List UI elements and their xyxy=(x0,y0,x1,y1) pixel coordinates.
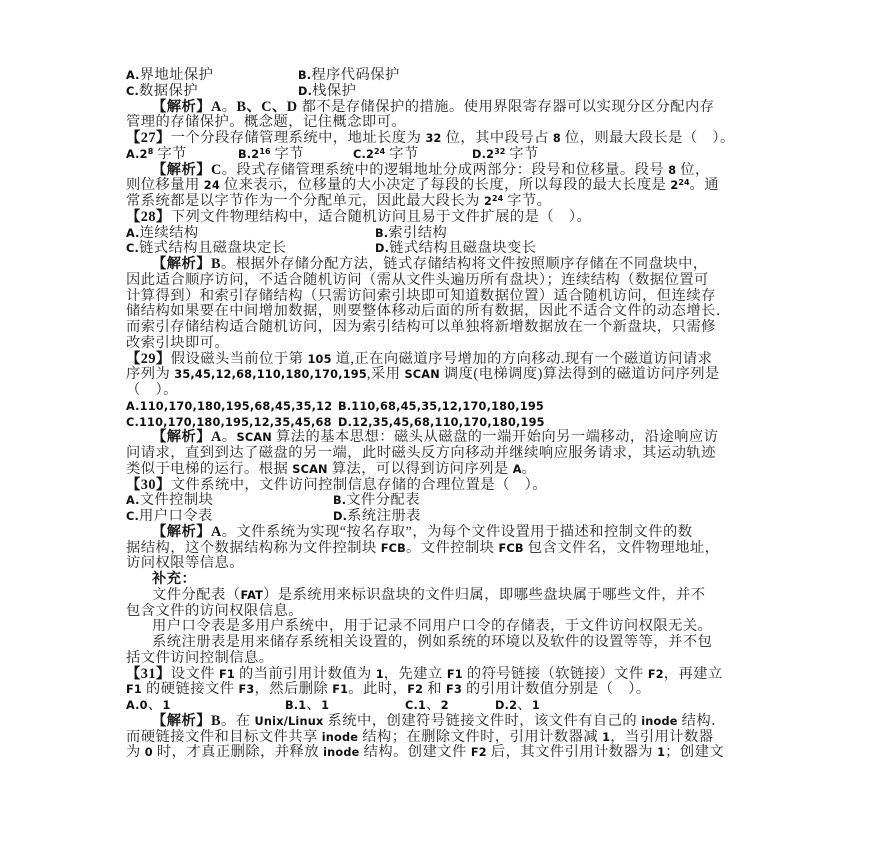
text-line: 问请求，直到到达了磁盘的另一端，此时磁头反方向移动并继续响应服务请求，其运动轨迹 xyxy=(126,445,758,461)
text-run: C.链式结构且磁盘块定长 xyxy=(126,240,286,257)
document-page: A.界地址保护B.程序代码保护C.数据保护D.栈保护【解析】A。B、C、D 都不… xyxy=(0,0,870,842)
text-line: 【解析】A。B、C、D 都不是存储保护的措施。使用界限寄存器可以实现分区分配内存 xyxy=(126,99,758,115)
text-line: 为 0 时，才真正删除，并释放 inode 结构。创建文件 F2 后，其文件引用… xyxy=(126,744,758,760)
text-run: A.0、1 xyxy=(126,697,171,714)
text-run: 【解析】B。根据外存储分配方法，链式存储结构将文件按照顺序存储在不同盘块中， xyxy=(152,256,708,273)
text-line: C.数据保护D.栈保护 xyxy=(126,83,758,99)
text-run: 储结构如果要在中间增加数据，则要整体移动后面的所有数据，因此不适合文件的动态增长… xyxy=(126,303,731,320)
option-column: C.1、2 xyxy=(405,697,449,714)
text-line: 括文件访问控制信息。 xyxy=(126,650,758,666)
text-run: A.文件控制块 xyxy=(126,492,213,509)
text-run: 用户口令表是多用户系统中，用于记录不同用户口令的存储表，于文件访问权限无关。 xyxy=(152,618,712,635)
text-line: 【31】设文件 F1 的当前引用计数值为 1，先建立 F1 的符号链接（软链接）… xyxy=(126,666,758,682)
option-column: B.文件分配表 xyxy=(333,492,420,509)
text-line: 包含文件的访问权限信息。 xyxy=(126,603,758,619)
text-run: 【解析】A。文件系统为实现“按名存取”，为每个文件设置用于描述和控制文件的数 xyxy=(152,524,693,541)
text-line: F1 的硬链接文件 F3，然后删除 F1。此时，F2 和 F3 的引用计数值分别… xyxy=(126,681,758,697)
text-line: A.0、1B.1、1C.1、2D.2、1 xyxy=(126,697,758,713)
text-line: 则位移量用 24 位来表示，位移量的大小决定了每段的长度，所以每段的最大长度是 … xyxy=(126,177,758,193)
text-run: 类似于电梯的运行。根据 SCAN 算法，可以得到访问序列是 A。 xyxy=(126,461,536,478)
text-line: C.链式结构且磁盘块定长D.链式结构且磁盘块变长 xyxy=(126,240,758,256)
text-line: A.连续结构B.索引结构 xyxy=(126,225,758,241)
text-run: 系统注册表是用来储存系统相关设置的，例如系统的环境以及软件的设置等等，并不包 xyxy=(152,634,712,651)
text-line: 常系统都是以字节作为一个分配单元，因此最大段长为 224 字节。 xyxy=(126,193,758,209)
option-column: D.栈保护 xyxy=(298,83,356,100)
text-run: A.界地址保护 xyxy=(126,67,213,84)
option-column: D.系统注册表 xyxy=(333,508,421,525)
text-line: C.110,170,180,195,12,35,45,68D.12,35,45,… xyxy=(126,414,758,430)
text-line: 类似于电梯的运行。根据 SCAN 算法，可以得到访问序列是 A。 xyxy=(126,461,758,477)
text-run: C.用户口令表 xyxy=(126,508,213,525)
text-line: 【解析】B。根据外存储分配方法，链式存储结构将文件按照顺序存储在不同盘块中， xyxy=(126,256,758,272)
text-line: A.28 字节B.216 字节C.224 字节D.232 字节 xyxy=(126,146,758,162)
option-column: D.链式结构且磁盘块变长 xyxy=(375,240,537,257)
text-line: 【解析】A。文件系统为实现“按名存取”，为每个文件设置用于描述和控制文件的数 xyxy=(126,524,758,540)
text-run: 【28】下列文件物理结构中，适合随机访问且易于文件扩展的是（ ）。 xyxy=(126,209,591,226)
text-line: 而索引存储结构适合随机访问，因为索引结构可以单独将新增数据放在一个新盘块，只需修 xyxy=(126,319,758,335)
text-line: 计算得到）和索引存储结构（只需访问索引块即可知道数据位置）适合随机访问，但连续存 xyxy=(126,288,758,304)
text-line: 储结构如果要在中间增加数据，则要整体移动后面的所有数据，因此不适合文件的动态增长… xyxy=(126,303,758,319)
text-run: A.110,170,180,195,68,45,35,12 xyxy=(126,398,332,415)
text-line: C.用户口令表D.系统注册表 xyxy=(126,508,758,524)
text-run: C.数据保护 xyxy=(126,83,198,100)
text-run: 而硬链接文件和目标文件共享 inode 结构；在删除文件时，引用计数器减 1，当… xyxy=(126,729,713,746)
option-column: D.12,35,45,68,110,170,180,195 xyxy=(338,414,545,431)
text-run: 【27】一个分段存储管理系统中，地址长度为 32 位，其中段号占 8 位，则最大… xyxy=(126,130,735,147)
text-line: 【30】文件系统中，文件访问控制信息存储的合理位置是（ ）。 xyxy=(126,477,758,493)
text-run: 【29】假设磁头当前位于第 105 道,正在向磁道序号增加的方向移动.现有一个磁… xyxy=(126,351,712,368)
text-run: 序列为 35,45,12,68,110,180,170,195,采用 SCAN … xyxy=(126,366,720,383)
text-line: 管理的存储保护。概念题，记住概念即可。 xyxy=(126,114,758,130)
text-run: 【解析】C。段式存储管理系统中的逻辑地址分成两部分：段号和位移量。段号 8 位， xyxy=(152,162,710,179)
text-run: 【解析】B。在 Unix/Linux 系统中，创建符号链接文件时，该文件有自己的… xyxy=(152,713,726,730)
text-run: 【31】设文件 F1 的当前引用计数值为 1，先建立 F1 的符号链接（软链接）… xyxy=(126,666,723,683)
option-column: D.2、1 xyxy=(495,697,540,714)
text-line: 用户口令表是多用户系统中，用于记录不同用户口令的存储表，于文件访问权限无关。 xyxy=(126,618,758,634)
text-line: 【解析】C。段式存储管理系统中的逻辑地址分成两部分：段号和位移量。段号 8 位， xyxy=(126,162,758,178)
text-run: 问请求，直到到达了磁盘的另一端，此时磁头反方向移动并继续响应服务请求，其运动轨迹 xyxy=(126,445,716,462)
text-run: 访问权限等信息。 xyxy=(126,555,244,572)
text-run: 管理的存储保护。概念题，记住概念即可。 xyxy=(126,114,406,131)
text-run: 【解析】A。SCAN 算法的基本思想：磁头从磁盘的一端开始向另一端移动，沿途响应… xyxy=(152,429,718,446)
text-line: A.界地址保护B.程序代码保护 xyxy=(126,67,758,83)
text-run: F1 的硬链接文件 F3，然后删除 F1。此时，F2 和 F3 的引用计数值分别… xyxy=(126,681,651,698)
text-line: 【29】假设磁头当前位于第 105 道,正在向磁道序号增加的方向移动.现有一个磁… xyxy=(126,351,758,367)
text-run: 文件分配表（FAT）是系统用来标识盘块的文件归属，即哪些盘块属于哪些文件，并不 xyxy=(152,587,705,604)
text-run: 改索引块即可。 xyxy=(126,335,229,352)
text-run: C.110,170,180,195,12,35,45,68 xyxy=(126,414,332,431)
text-line: 改索引块即可。 xyxy=(126,335,758,351)
text-line: 【28】下列文件物理结构中，适合随机访问且易于文件扩展的是（ ）。 xyxy=(126,209,758,225)
text-run: （ ）。 xyxy=(126,382,178,399)
text-run: 【30】文件系统中，文件访问控制信息存储的合理位置是（ ）。 xyxy=(126,477,547,494)
text-line: 系统注册表是用来储存系统相关设置的，例如系统的环境以及软件的设置等等，并不包 xyxy=(126,634,758,650)
text-run: 计算得到）和索引存储结构（只需访问索引块即可知道数据位置）适合随机访问，但连续存 xyxy=(126,288,716,305)
text-line: 因此适合顺序访问，不适合随机访问（需从文件头遍历所有盘块）；连续结构（数据位置可 xyxy=(126,272,758,288)
text-line: 【解析】B。在 Unix/Linux 系统中，创建符号链接文件时，该文件有自己的… xyxy=(126,713,758,729)
text-run: 【解析】A。B、C、D 都不是存储保护的措施。使用界限寄存器可以实现分区分配内存 xyxy=(152,99,714,116)
text-line: 【27】一个分段存储管理系统中，地址长度为 32 位，其中段号占 8 位，则最大… xyxy=(126,130,758,146)
text-line: A.文件控制块B.文件分配表 xyxy=(126,492,758,508)
text-run: 因此适合顺序访问，不适合随机访问（需从文件头遍历所有盘块）；连续结构（数据位置可 xyxy=(126,272,709,289)
document-text: A.界地址保护B.程序代码保护C.数据保护D.栈保护【解析】A。B、C、D 都不… xyxy=(126,67,758,760)
text-line: A.110,170,180,195,68,45,35,12B.110,68,45… xyxy=(126,398,758,414)
option-column: B.1、1 xyxy=(285,697,329,714)
text-line: 【解析】A。SCAN 算法的基本思想：磁头从磁盘的一端开始向另一端移动，沿途响应… xyxy=(126,429,758,445)
text-run: 据结构，这个数据结构称为文件控制块 FCB。文件控制块 FCB 包含文件名，文件… xyxy=(126,540,719,557)
text-run: 括文件访问控制信息。 xyxy=(126,650,273,667)
option-column: B.程序代码保护 xyxy=(298,67,400,84)
text-line: （ ）。 xyxy=(126,382,758,398)
text-line: 文件分配表（FAT）是系统用来标识盘块的文件归属，即哪些盘块属于哪些文件，并不 xyxy=(126,587,758,603)
option-column: B.索引结构 xyxy=(375,225,447,242)
text-line: 而硬链接文件和目标文件共享 inode 结构；在删除文件时，引用计数器减 1，当… xyxy=(126,729,758,745)
text-run: 补充： xyxy=(152,571,196,588)
text-run: 而索引存储结构适合随机访问，因为索引结构可以单独将新增数据放在一个新盘块，只需修 xyxy=(126,319,716,336)
text-line: 序列为 35,45,12,68,110,180,170,195,采用 SCAN … xyxy=(126,366,758,382)
text-run: 为 0 时，才真正删除，并释放 inode 结构。创建文件 F2 后，其文件引用… xyxy=(126,744,724,761)
text-line: 据结构，这个数据结构称为文件控制块 FCB。文件控制块 FCB 包含文件名，文件… xyxy=(126,540,758,556)
text-line: 访问权限等信息。 xyxy=(126,555,758,571)
text-line: 补充： xyxy=(126,571,758,587)
text-run: A.连续结构 xyxy=(126,225,199,242)
option-column: B.110,68,45,35,12,170,180,195 xyxy=(338,398,544,415)
text-run: 包含文件的访问权限信息。 xyxy=(126,603,303,620)
